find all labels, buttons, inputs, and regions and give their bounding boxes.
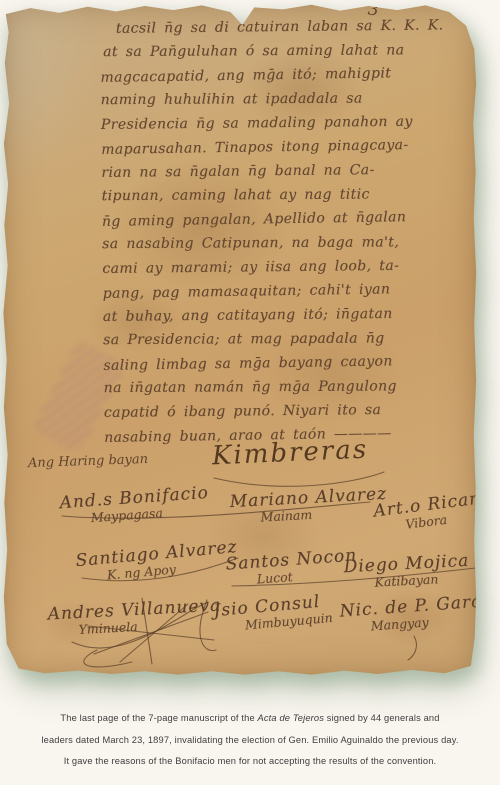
signature: Santiago Alvarez K. ng Apoy	[75, 537, 240, 585]
signature: And.s Bonifacio Maypagasa	[59, 483, 210, 527]
signature: Mariano Alvarez Mainam	[229, 484, 388, 526]
handwriting-line: naming huhulihin at ipadadala sa	[101, 86, 469, 112]
caption-text: The last page of the 7-page manuscript o…	[60, 713, 257, 723]
signature: Diego Mojica Katibayan	[343, 551, 470, 592]
manuscript-photograph: 3 7 tacsil n̄g sa di catuiran laban sa K…	[2, 2, 478, 678]
caption-title-italic: Acta de Tejeros	[258, 713, 325, 723]
signature: Santos Nocon Lucot	[225, 545, 359, 588]
caption-text: signed by 44 generals and	[324, 713, 440, 723]
principal-signature: Kimbreras	[211, 435, 368, 472]
page-background: 3 7 tacsil n̄g sa di catuiran laban sa K…	[0, 0, 500, 785]
signature: Jsio Consul Mimbuyuquin	[213, 591, 333, 635]
caption-line-3: It gave the reasons of the Bonifacio men…	[0, 751, 500, 773]
handwriting-line: sa nasabing Catipunan, na baga ma't,	[102, 230, 470, 256]
margin-note: Ang Haring bayan	[28, 452, 148, 471]
caption: The last page of the 7-page manuscript o…	[0, 708, 500, 773]
signature: Andres Villanueva Yminuela	[47, 595, 222, 638]
page-corner-mark: 7	[453, 3, 463, 17]
caption-line-1: The last page of the 7-page manuscript o…	[0, 708, 500, 730]
handwritten-body: tacsil n̄g sa di catuiran laban sa K. K.…	[100, 13, 473, 449]
handwriting-line: rian na sa n̄galan n̄g banal na Ca-	[101, 157, 469, 185]
signature: Art.o Ricarte Vibora	[372, 487, 499, 536]
caption-line-2: leaders dated March 23, 1897, invalidati…	[0, 730, 500, 752]
manuscript-paper: 3 7 tacsil n̄g sa di catuiran laban sa K…	[2, 2, 478, 678]
handwriting-line: na in̄gatan namán n̄g mḡa Pangulong	[104, 374, 472, 400]
handwriting-line: tacsil n̄g sa di catuiran laban sa K. K.…	[116, 13, 468, 41]
handwriting-line: at buhay, ang catitayang itó; in̄gatan	[103, 301, 471, 329]
signature: Nic. de P. Garcia Mangyay	[339, 590, 500, 635]
